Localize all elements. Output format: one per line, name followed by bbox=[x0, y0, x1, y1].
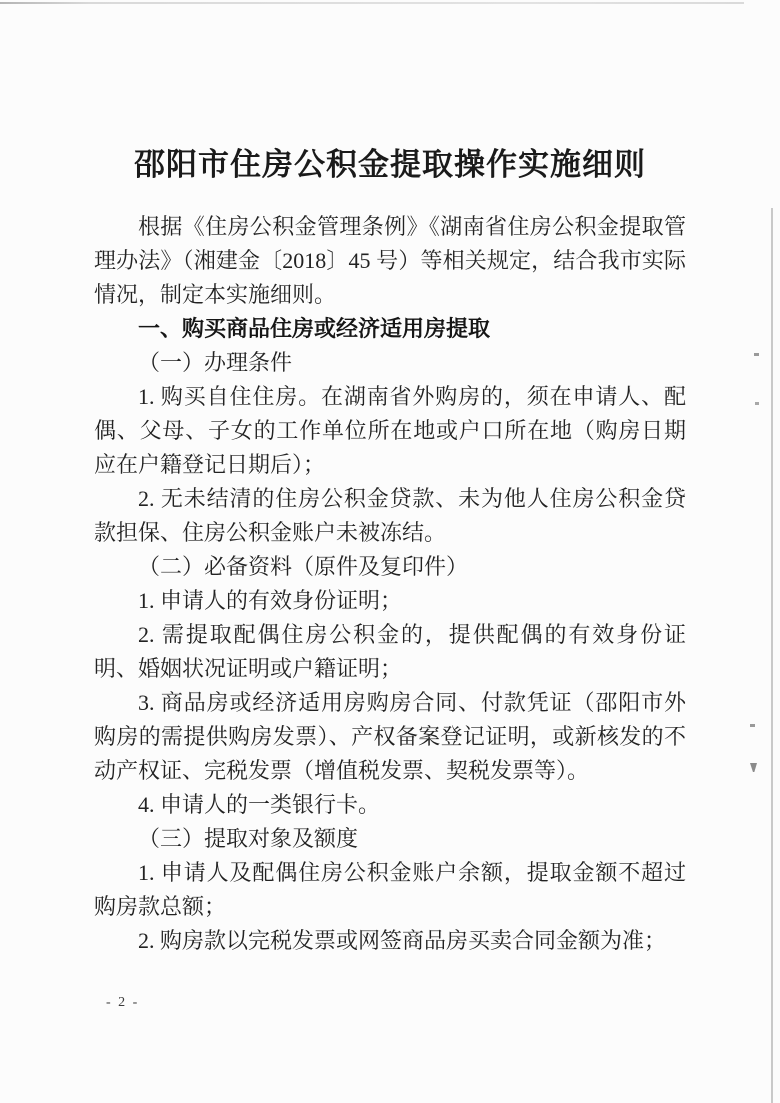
scan-speck bbox=[750, 724, 755, 727]
document-title: 邵阳市住房公积金提取操作实施细则 bbox=[0, 139, 780, 184]
condition-item-2: 2. 无未结清的住房公积金贷款、未为他人住房公积金贷款担保、住房公积金账户未被冻… bbox=[94, 482, 686, 550]
scan-speck bbox=[754, 353, 759, 356]
document-body: 根据《住房公积金管理条例》《湖南省住房公积金提取管理办法》（湘建金〔2018〕4… bbox=[94, 210, 686, 958]
intro-paragraph: 根据《住房公积金管理条例》《湖南省住房公积金提取管理办法》（湘建金〔2018〕4… bbox=[94, 210, 686, 312]
subsection-3-quota-heading: （三）提取对象及额度 bbox=[94, 822, 686, 856]
page-number: - 2 - bbox=[106, 995, 139, 1011]
quota-item-2: 2. 购房款以完税发票或网签商品房买卖合同金额为准； bbox=[94, 924, 686, 958]
condition-item-1: 1. 购买自住住房。在湖南省外购房的，须在申请人、配偶、父母、子女的工作单位所在… bbox=[94, 380, 686, 482]
material-item-1: 1. 申请人的有效身份证明； bbox=[94, 584, 686, 618]
material-item-2: 2. 需提取配偶住房公积金的，提供配偶的有效身份证明、婚姻状况证明或户籍证明； bbox=[94, 618, 686, 686]
document-page: 邵阳市住房公积金提取操作实施细则 根据《住房公积金管理条例》《湖南省住房公积金提… bbox=[0, 0, 780, 1103]
scan-speck bbox=[755, 402, 759, 405]
material-item-3: 3. 商品房或经济适用房购房合同、付款凭证（邵阳市外购房的需提供购房发票）、产权… bbox=[94, 686, 686, 788]
section-1-heading: 一、购买商品住房或经济适用房提取 bbox=[94, 312, 686, 346]
subsection-1-conditions-heading: （一）办理条件 bbox=[94, 346, 686, 380]
scan-artifact-right-edge bbox=[771, 208, 773, 1103]
scan-artifact-top-edge bbox=[0, 2, 744, 4]
subsection-2-materials-heading: （二）必备资料（原件及复印件） bbox=[94, 550, 686, 584]
quota-item-1: 1. 申请人及配偶住房公积金账户余额，提取金额不超过购房款总额； bbox=[94, 856, 686, 924]
material-item-4: 4. 申请人的一类银行卡。 bbox=[94, 788, 686, 822]
scan-speck bbox=[750, 763, 757, 772]
